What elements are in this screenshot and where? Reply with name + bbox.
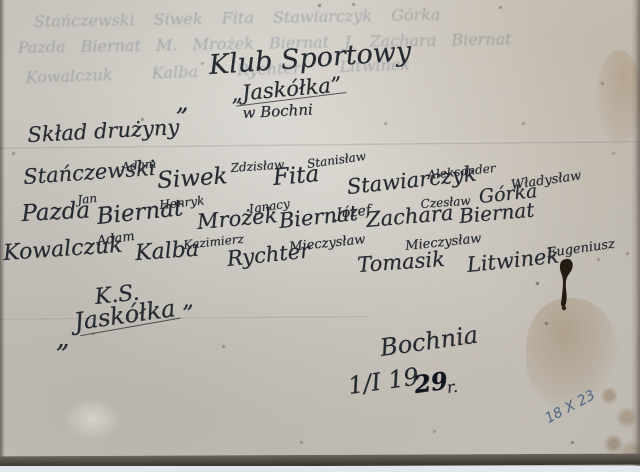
scanner-background-strip (0, 466, 640, 472)
handwriting-layer: Stańczewski Siwek Fita Stawiarczyk Górka… (0, 0, 640, 472)
title-stray-quote: „ (176, 90, 188, 115)
signoff-date-part1: 1/I 19 (346, 364, 420, 399)
signoff-jaskolka: Jaskółka (72, 296, 176, 335)
row3-surname-tomasik: Tomasik (356, 248, 445, 276)
faded-line-1: Stańczewski Siwek Fita Stawiarczyk Górka (34, 7, 441, 31)
row3-given-eugeniusz: Eugeniusz (546, 238, 616, 261)
scan-edge-right (631, 0, 640, 472)
signoff-date-part3: r. (446, 379, 459, 397)
row1-surname-siwek: Siwek (156, 164, 228, 193)
signoff-date-part2: 29 (412, 368, 449, 398)
row3-given-mieczyslaw-1: Mieczysław (289, 233, 366, 255)
signoff-open-quote: „ (56, 326, 69, 353)
title-place: w Bochni (242, 102, 313, 121)
row3-given-adam: Adam (96, 230, 135, 249)
row1-given-wladyslaw: Władysław (510, 169, 582, 192)
photo-back-scan: Stańczewski Siwek Fita Stawiarczyk Górka… (0, 0, 640, 472)
corner-note: 18 X 23 (543, 388, 598, 426)
scan-edge-left (0, 0, 5, 472)
signoff-place: Bochnia (378, 323, 479, 362)
signoff-close-quote: ” (182, 303, 193, 326)
row2-surname-biernat-3: Biernat (458, 200, 535, 227)
roster-heading: Skład drużyny (27, 116, 180, 146)
row1-given-stanislaw: Stanisław (306, 150, 366, 171)
